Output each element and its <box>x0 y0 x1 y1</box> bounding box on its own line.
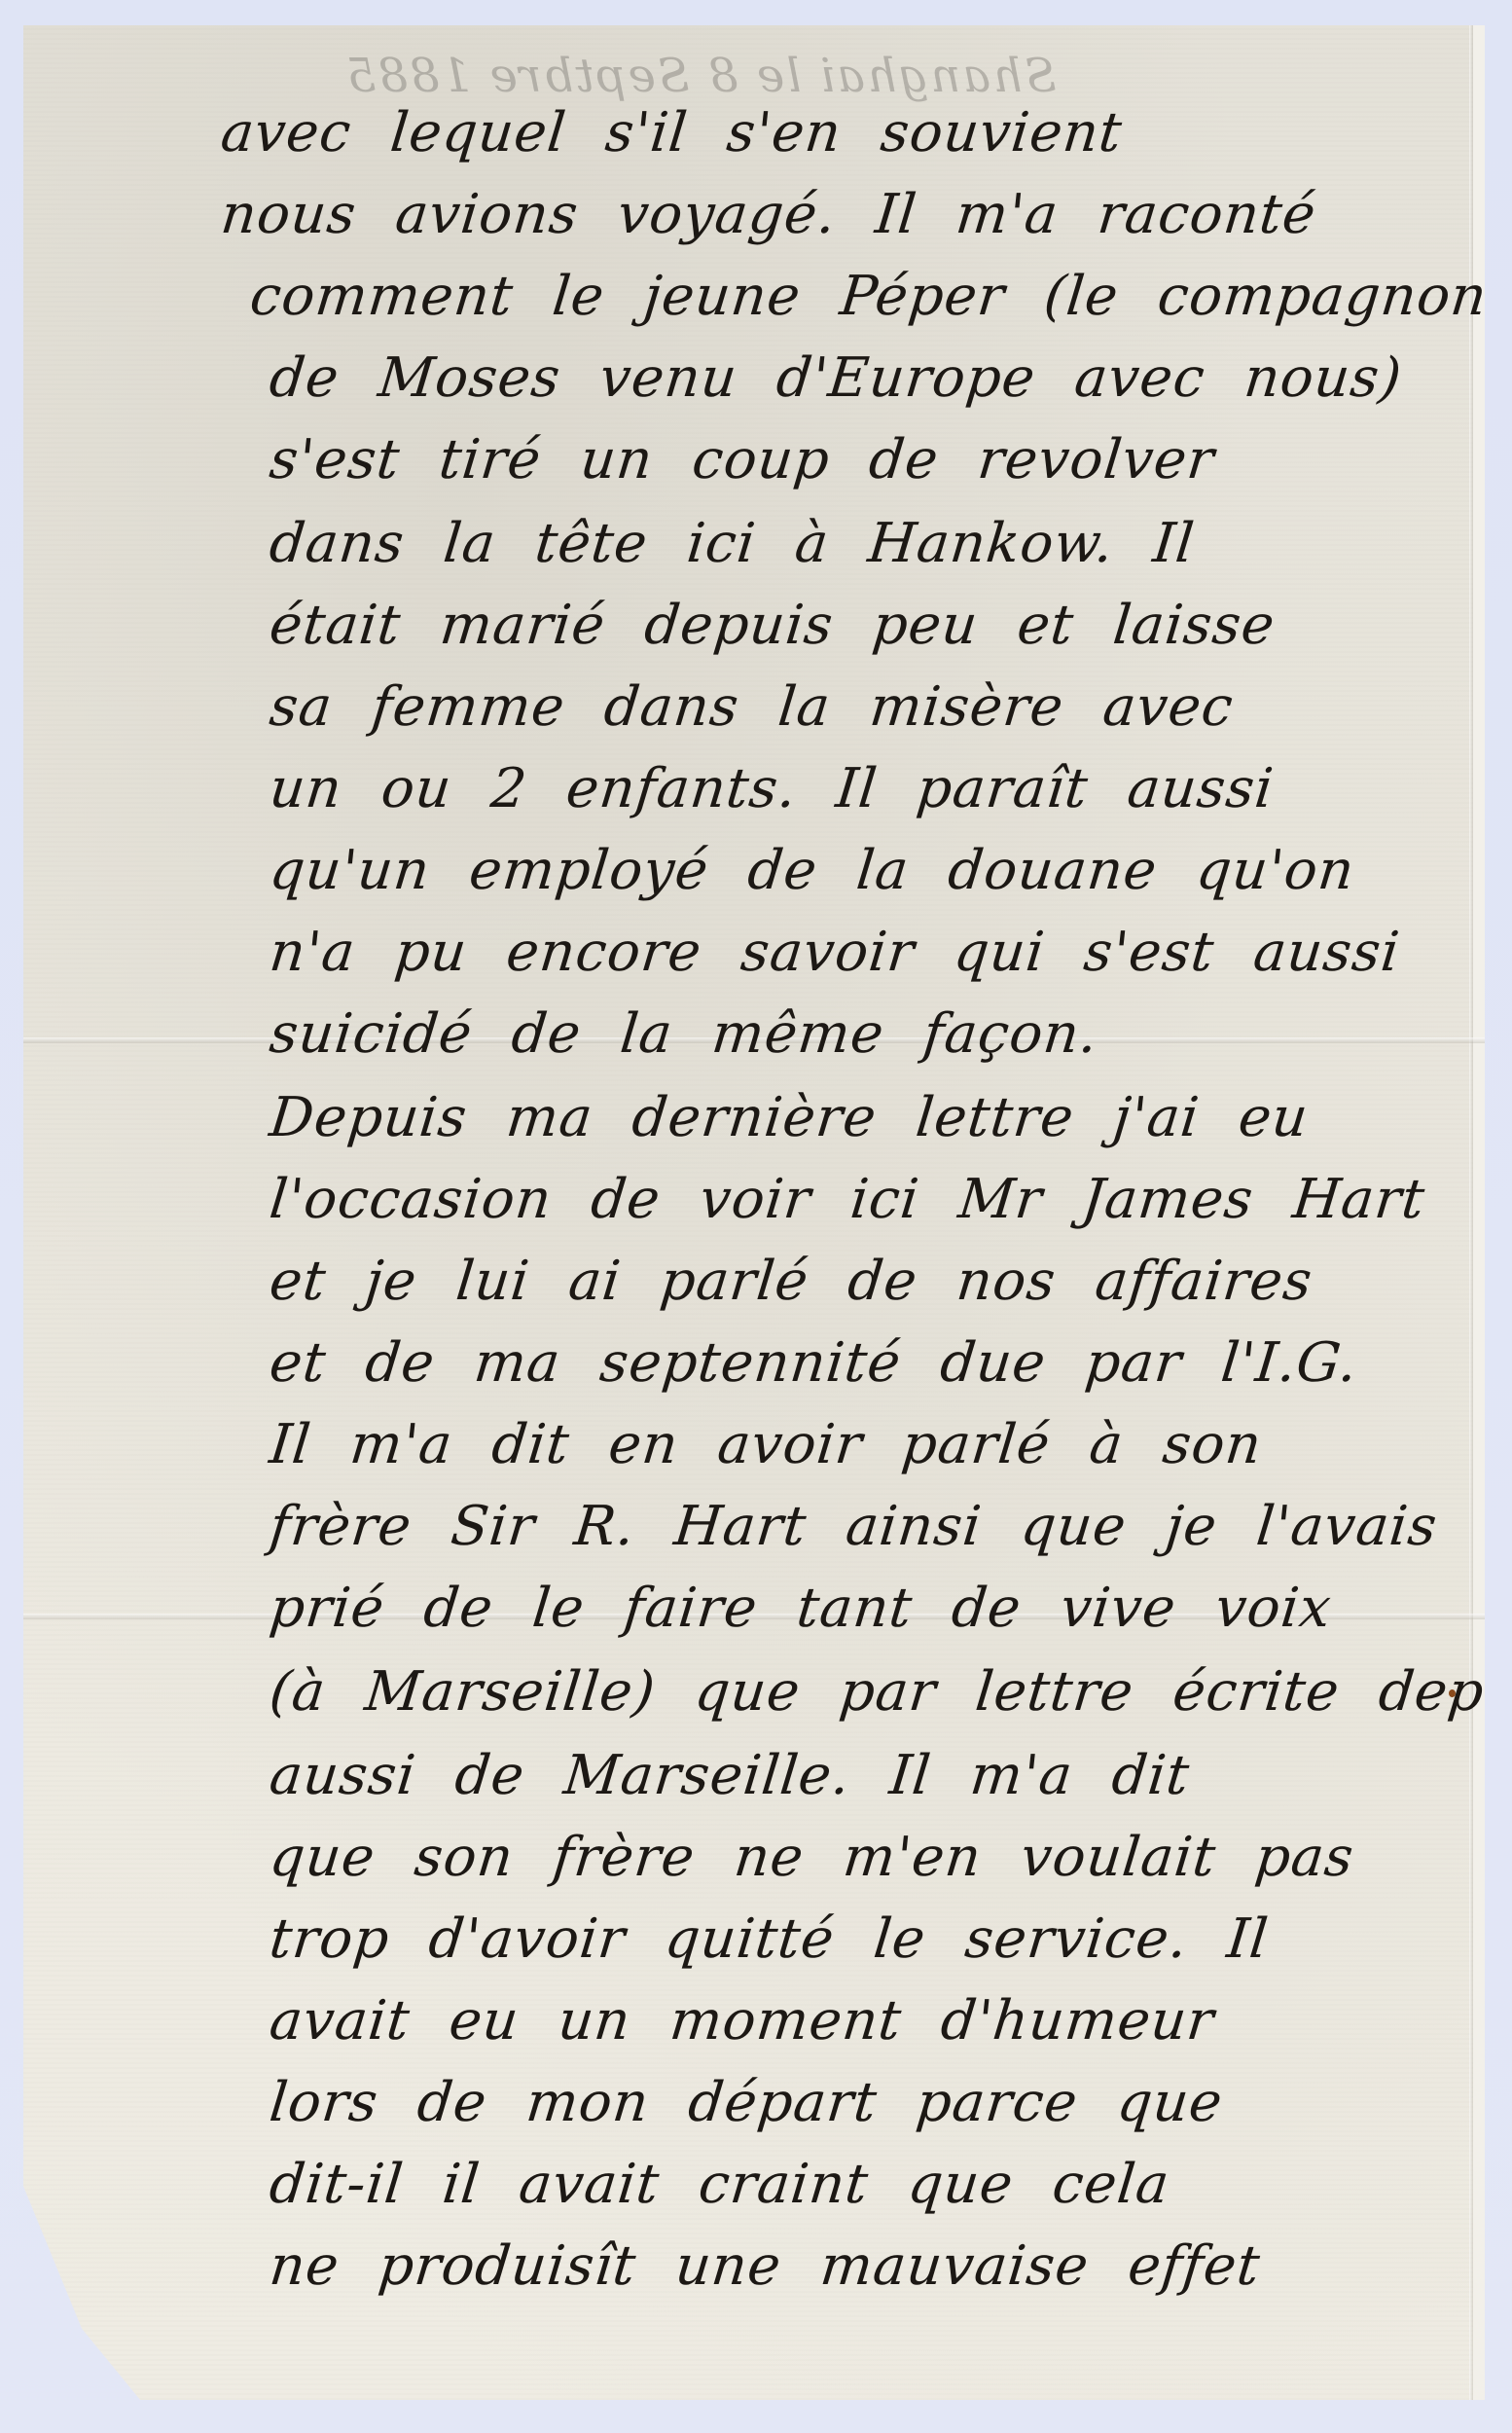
letter-line: que son frère ne m'en voulait pas <box>267 1826 1404 1889</box>
letter-line: nous avions voyagé. Il m'a raconté <box>218 183 1404 246</box>
letter-line: l'occasion de voir ici Mr James Hart <box>267 1168 1404 1231</box>
letter-line: et je lui ai parlé de nos affaires <box>267 1250 1404 1313</box>
letter-line: n'a pu encore savoir qui s'est aussi <box>267 921 1404 984</box>
letter-line: avec lequel s'il s'en souvient <box>218 101 1404 164</box>
letter-line: ne produisît une mauvaise effet <box>267 2234 1404 2298</box>
photo-scene: Shanghai le 8 Septbre 1885 avec lequel s… <box>0 0 1512 2433</box>
letter-line: s'est tiré un coup de revolver <box>267 428 1404 491</box>
letter-line: sa femme dans la misère avec <box>267 675 1404 739</box>
letter-line: suicidé de la même façon. <box>267 1002 1404 1066</box>
letter-line: avait eu un moment d'humeur <box>267 1989 1404 2052</box>
letter-line: dit-il il avait craint que cela <box>267 2153 1404 2216</box>
letter-line: qu'un employé de la douane qu'on <box>267 839 1404 902</box>
letter-line: Depuis ma dernière lettre j'ai eu <box>267 1086 1404 1149</box>
letter-line: frère Sir R. Hart ainsi que je l'avais <box>267 1495 1404 1558</box>
letter-line: lors de mon départ parce que <box>267 2071 1404 2134</box>
letter-body: avec lequel s'il s'en souvient nous avio… <box>23 25 1485 2400</box>
letter-line: un ou 2 enfants. Il paraît aussi <box>267 757 1404 820</box>
ink-spot <box>1449 1689 1456 1697</box>
letter-line: de Moses venu d'Europe avec nous) <box>267 346 1404 410</box>
letter-line: était marié depuis peu et laisse <box>267 594 1404 657</box>
letter-line: dans la tête ici à Hankow. Il <box>267 512 1404 575</box>
letter-line: Il m'a dit en avoir parlé à son <box>267 1413 1404 1476</box>
letter-paper: Shanghai le 8 Septbre 1885 avec lequel s… <box>23 25 1485 2400</box>
letter-line: et de ma septennité due par l'I.G. <box>267 1331 1404 1395</box>
letter-line: comment le jeune Péper (le compagnon <box>247 265 1404 328</box>
letter-line: trop d'avoir quitté le service. Il <box>267 1907 1404 1971</box>
letter-line: (à Marseille) que par lettre écrite depu… <box>267 1660 1404 1724</box>
letter-line: prié de le faire tant de vive voix <box>267 1577 1404 1640</box>
letter-line: aussi de Marseille. Il m'a dit <box>267 1744 1404 1807</box>
